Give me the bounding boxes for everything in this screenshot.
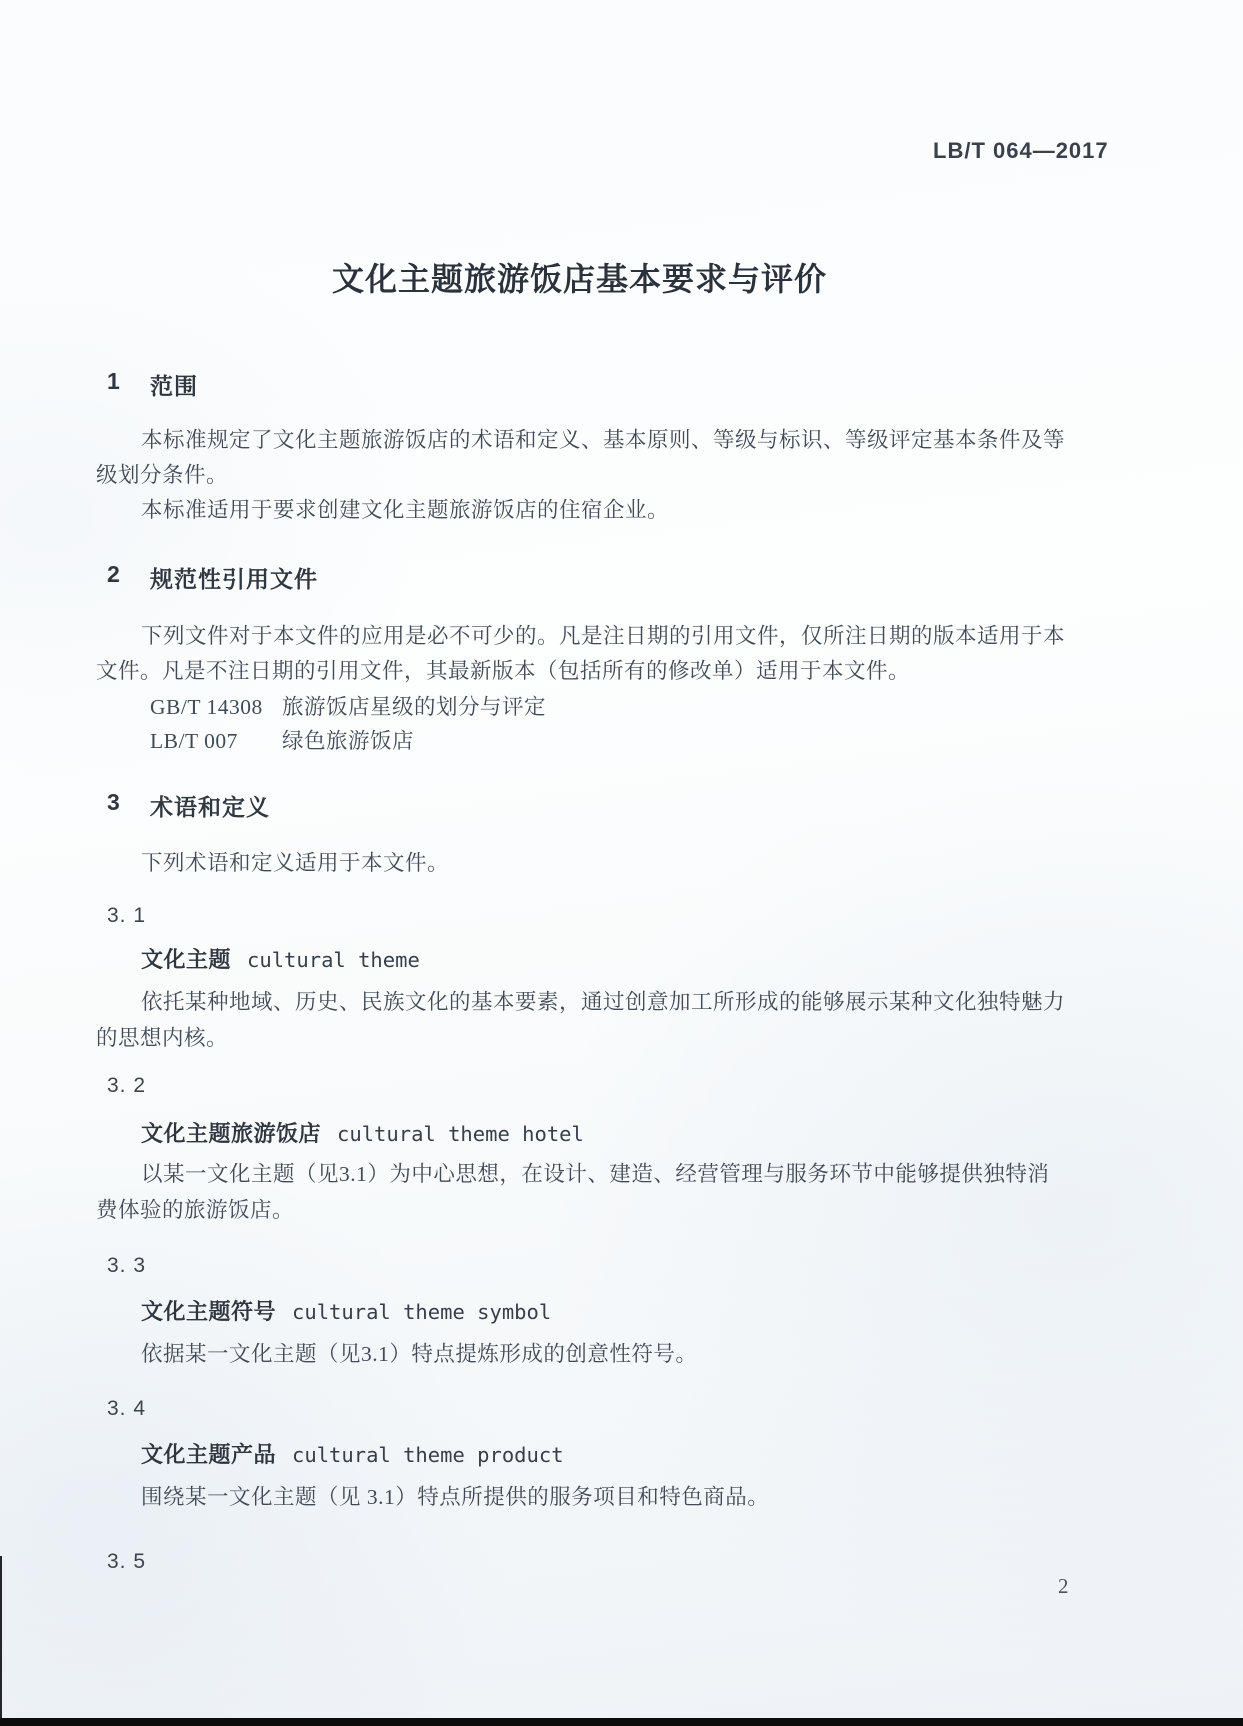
standard-code: LB/T 064—2017 [933,138,1109,164]
term-zh: 文化主题旅游饭店 [141,1121,321,1146]
term-en: cultural theme symbol [292,1300,551,1324]
reference-code: GB/T 14308 [150,693,282,721]
section-3-heading: 3 术语和定义 [107,789,270,822]
term-en: cultural theme [247,948,420,972]
paragraph-line: 级划分条件。 [96,461,228,489]
section-number: 3 [107,789,150,822]
term-zh: 文化主题 [141,947,231,972]
section-title: 术语和定义 [150,789,270,822]
scan-bottom-bar [0,1718,1243,1726]
scan-left-edge [0,1556,2,1726]
definition-line: 的思想内核。 [96,1024,228,1052]
term-en: cultural theme hotel [337,1122,584,1146]
document-title: 文化主题旅游饭店基本要求与评价 [332,254,827,300]
reference-line: LB/T 007 绿色旅游饭店 [150,727,414,755]
paragraph-line: 本标准适用于要求创建文化主题旅游饭店的住宿企业。 [141,496,669,524]
term-zh: 文化主题符号 [141,1299,276,1324]
term-line: 文化主题产品 cultural theme product [141,1438,564,1469]
term-en: cultural theme product [292,1443,564,1467]
definition-line: 依托某种地域、历史、民族文化的基本要素，通过创意加工所形成的能够展示某种文化独特… [141,988,1065,1016]
paragraph-line: 下列术语和定义适用于本文件。 [141,849,449,877]
definition-line: 以某一文化主题（见3.1）为中心思想，在设计、建造、经营管理与服务环节中能够提供… [141,1160,1049,1188]
reference-code: LB/T 007 [150,727,282,755]
term-number: 3. 1 [107,902,146,930]
term-number: 3. 3 [107,1252,146,1280]
section-1-heading: 1 范围 [107,368,198,401]
definition-line: 费体验的旅游饭店。 [96,1196,294,1224]
term-line: 文化主题旅游饭店 cultural theme hotel [141,1117,584,1148]
section-title: 规范性引用文件 [150,561,318,594]
section-title: 范围 [150,368,198,401]
section-number: 1 [107,368,150,401]
term-number: 3. 2 [107,1072,146,1100]
page-number: 2 [1058,1574,1070,1599]
reference-title: 绿色旅游饭店 [282,727,414,755]
section-number: 2 [107,561,150,594]
term-line: 文化主题 cultural theme [141,943,420,974]
term-number: 3. 5 [107,1548,146,1576]
reference-line: GB/T 14308 旅游饭店星级的划分与评定 [150,693,546,721]
term-zh: 文化主题产品 [141,1442,276,1467]
reference-title: 旅游饭店星级的划分与评定 [282,693,546,721]
paragraph-line: 本标准规定了文化主题旅游饭店的术语和定义、基本原则、等级与标识、等级评定基本条件… [141,426,1065,454]
section-2-heading: 2 规范性引用文件 [107,561,318,594]
document-page: LB/T 064—2017 文化主题旅游饭店基本要求与评价 1 范围 本标准规定… [0,0,1243,1726]
term-number: 3. 4 [107,1395,146,1423]
paragraph-line: 下列文件对于本文件的应用是必不可少的。凡是注日期的引用文件，仅所注日期的版本适用… [141,622,1065,650]
definition-line: 围绕某一文化主题（见 3.1）特点所提供的服务项目和特色商品。 [141,1483,769,1511]
definition-line: 依据某一文化主题（见3.1）特点提炼形成的创意性符号。 [141,1340,697,1368]
term-line: 文化主题符号 cultural theme symbol [141,1295,551,1326]
paragraph-line: 文件。凡是不注日期的引用文件，其最新版本（包括所有的修改单）适用于本文件。 [96,657,910,685]
